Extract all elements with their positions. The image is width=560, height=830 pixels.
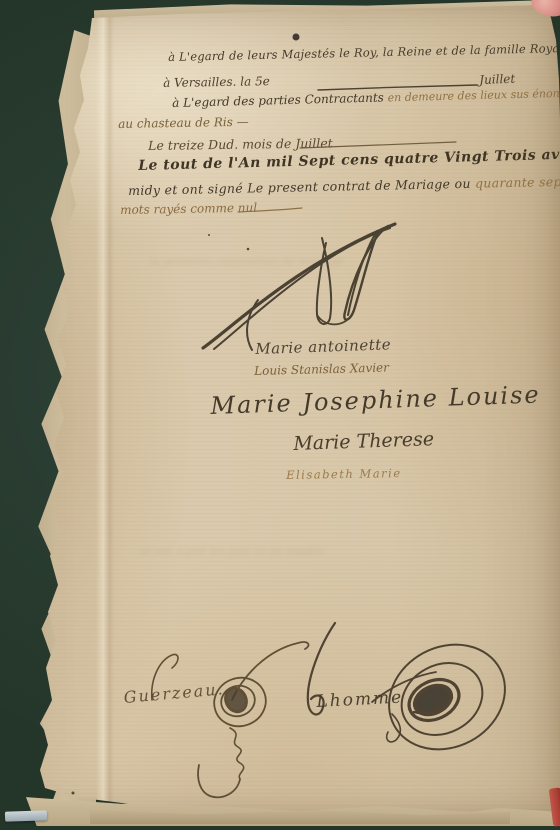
- signature-marie-therese: Marie Therese: [293, 428, 434, 455]
- line-parties-faded: en demeure des lieux sus énoncés: [388, 86, 560, 104]
- ink-showthrough: la presente convention de mariage: [150, 255, 344, 268]
- ink-showthrough: et ont signé les jour et an susdits: [140, 545, 325, 558]
- page-fold-crease: [96, 16, 114, 812]
- notary-left-paraph: [152, 642, 309, 797]
- signature-elisabeth-marie: Elisabeth Marie: [286, 466, 402, 482]
- ink-blot: [293, 34, 300, 41]
- signature-louis-stanislas-xavier: Louis Stanislas Xavier: [254, 360, 389, 378]
- line-chateau: au chasteau de Ris —: [118, 115, 249, 131]
- signature-notary-right: Lhomme: [316, 687, 404, 712]
- ink-speck: [208, 234, 210, 236]
- ink-speck: [247, 248, 250, 251]
- line-parties-dark: à L'egard des parties Contractants: [172, 90, 384, 110]
- photo-background: la presente convention de mariage et ont…: [0, 0, 560, 830]
- line-treize: Le treize Dud. mois de Juillet: [148, 135, 333, 153]
- manuscript-page: la presente convention de mariage et ont…: [0, 0, 560, 830]
- blue-tab-bottom-left: [5, 810, 47, 821]
- ink-speck: [72, 792, 75, 795]
- line-midy: midy et ont signé Le present contrat de …: [128, 176, 471, 198]
- line-quarante: quarante sept: [475, 174, 560, 191]
- line-mots: mots rayés comme nul: [120, 201, 257, 217]
- line-juillet: Juillet: [479, 72, 515, 87]
- signature-marie-antoinette: Marie antoinette: [255, 335, 391, 358]
- line-majestes: à L'egard de leurs Majestés le Roy, la R…: [168, 41, 560, 64]
- signature-marie-josephine-louise: Marie Josephine Louise: [210, 380, 541, 420]
- louis-signature-flourish: [203, 224, 395, 350]
- signature-notary-left: Guerzeau.: [123, 679, 225, 707]
- line-versailles: à Versailles. la 5e: [163, 74, 270, 90]
